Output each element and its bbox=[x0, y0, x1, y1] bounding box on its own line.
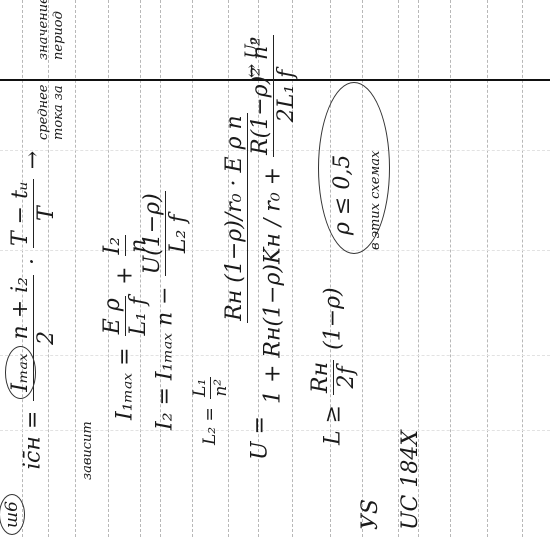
condition-note: в этих схемах bbox=[368, 151, 383, 250]
annotation-period: значение период bbox=[36, 0, 66, 60]
item-label: ш6 bbox=[2, 494, 22, 535]
equation-l: L ≥ Rн2f (1−ρ) bbox=[308, 287, 359, 445]
equation-i2: I₂ = I₁ₘₐₓ n − U(1−ρ)L₂ f bbox=[140, 188, 191, 430]
chip-uc184x: UC 184X bbox=[398, 430, 423, 530]
chip-us: УS bbox=[358, 499, 383, 530]
circled-imax: Iₘₐₓ bbox=[5, 346, 36, 398]
annotation-average: среднее тока за bbox=[36, 85, 66, 141]
equation-u: U = Rн (1−ρ)/r₀ · E ρ n 1 + Rн(1−ρ)Kн / … bbox=[222, 27, 299, 460]
u0-label: ↔ U₀ bbox=[242, 37, 262, 78]
equation-ic: i̇c̄н = Iₘₐₓ n + i₂2 · T − tᵤT → bbox=[8, 151, 59, 470]
depends-label: зависит bbox=[80, 421, 95, 480]
condition-rho: ρ ≤ 0,5 bbox=[330, 155, 355, 235]
